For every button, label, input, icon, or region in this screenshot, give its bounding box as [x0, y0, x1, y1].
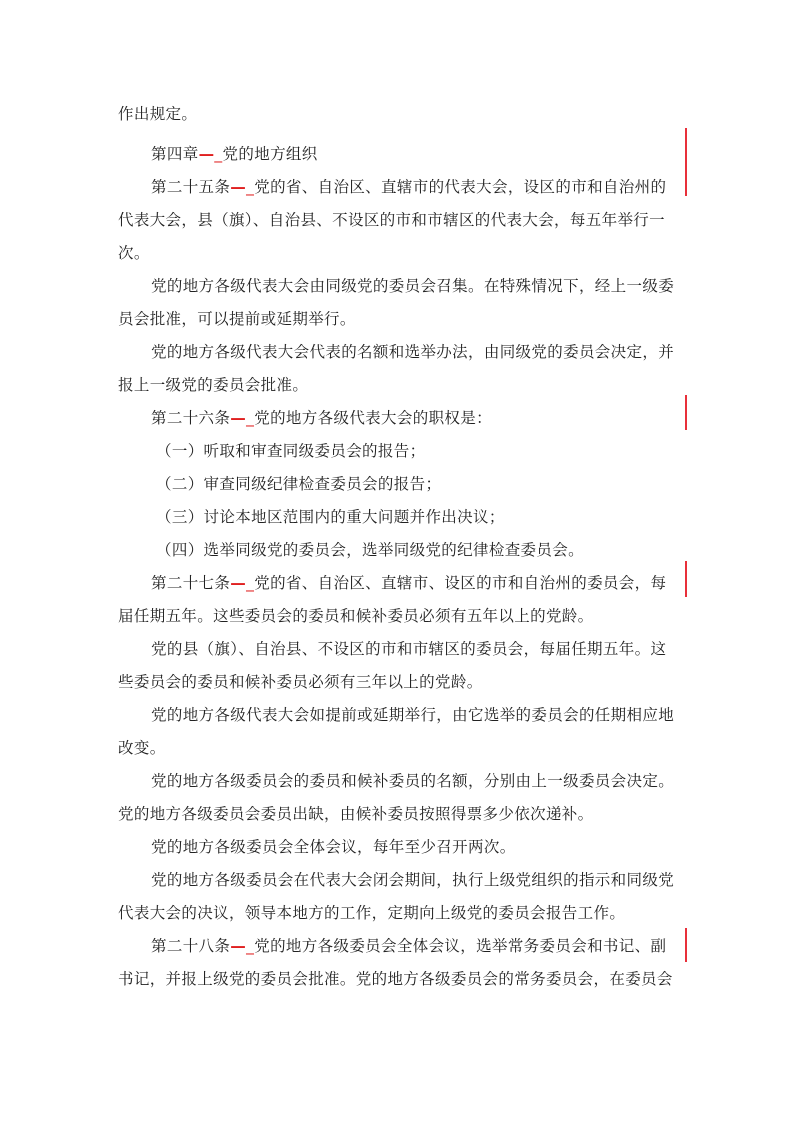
article-number: 第二十八条 [151, 937, 230, 955]
text-line: 报上一级党的委员会批准。 [118, 375, 308, 395]
line-text: 代表大会，县（旗）、自治县、不设区的市和市辖区的代表大会，每五年举行一 [118, 211, 665, 229]
revision-dash-mark: — [230, 574, 246, 592]
text-line: 党的地方各级代表大会如提前或延期举行，由它选举的委员会的任期相应地 [151, 705, 674, 725]
article-heading-line: 第二十八条—_党的地方各级委员会全体会议，选举常务委员会和书记、副 [151, 936, 666, 956]
article-number: 第二十五条 [151, 178, 230, 196]
text-line: 党的地方各级代表大会由同级党的委员会召集。在特殊情况下，经上一级委 [151, 276, 674, 296]
line-text: 书记，并报上级党的委员会批准。党的地方各级委员会的常务委员会，在委员会 [118, 970, 673, 988]
article-number: 第二十七条 [151, 574, 230, 592]
revision-dash-mark: — [230, 409, 246, 427]
line-text: 党的县（旗）、自治县、不设区的市和市辖区的委员会，每届任期五年。这 [151, 640, 666, 658]
revision-dash-mark: — [230, 178, 246, 196]
text-line: 次。 [118, 243, 150, 263]
line-text: 党的地方各级委员会全体会议，选举常务委员会和书记、副 [254, 937, 666, 955]
list-item: （四）选举同级党的委员会，选举同级党的纪律检查委员会。 [156, 540, 584, 560]
list-item-text: （二）审查同级纪律检查委员会的报告； [156, 475, 441, 493]
line-text: 党的省、自治区、直辖市的代表大会，设区的市和自治州的 [254, 178, 666, 196]
text-line: 作出规定。 [118, 104, 197, 124]
revision-change-bar [685, 128, 687, 196]
text-line: 党的地方各级委员会在代表大会闭会期间，执行上级党组织的指示和同级党 [151, 870, 674, 890]
line-text: 党的地方各级委员会全体会议，每年至少召开两次。 [151, 838, 516, 856]
list-item: （三）讨论本地区范围内的重大问题并作出决议； [156, 507, 505, 527]
text-line: 员会批准，可以提前或延期举行。 [118, 309, 356, 329]
text-line: 届任期五年。这些委员会的委员和候补委员必须有五年以上的党龄。 [118, 606, 594, 626]
line-text: 党的地方各级代表大会由同级党的委员会召集。在特殊情况下，经上一级委 [151, 277, 674, 295]
line-text: 党的省、自治区、直辖市、设区的市和自治州的委员会，每 [254, 574, 666, 592]
text-line: 书记，并报上级党的委员会批准。党的地方各级委员会的常务委员会，在委员会 [118, 969, 673, 989]
chapter-number: 第四章 [151, 145, 199, 163]
list-item: （一）听取和审查同级委员会的报告； [156, 441, 425, 461]
text-line: 党的地方各级委员会的委员和候补委员的名额，分别由上一级委员会决定。 [151, 771, 674, 791]
line-text: 员会批准，可以提前或延期举行。 [118, 310, 356, 328]
chapter-title: 党的地方组织 [223, 145, 318, 163]
list-item-text: （一）听取和审查同级委员会的报告； [156, 442, 425, 460]
line-text: 改变。 [118, 739, 166, 757]
text-line: 党的地方各级代表大会代表的名额和选举办法，由同级党的委员会决定，并 [151, 342, 674, 362]
line-text: 党的地方各级委员会在代表大会闭会期间，执行上级党组织的指示和同级党 [151, 871, 674, 889]
list-item-text: （三）讨论本地区范围内的重大问题并作出决议； [156, 508, 505, 526]
revision-underscore-mark: _ [214, 145, 222, 163]
article-heading-line: 第二十六条—_党的地方各级代表大会的职权是： [151, 408, 492, 428]
text-line: 党的地方各级委员会委员出缺，由候补委员按照得票多少依次递补。 [118, 804, 594, 824]
text-line: 些委员会的委员和候补委员必须有三年以上的党龄。 [118, 672, 483, 692]
revision-change-bar [685, 395, 687, 430]
revision-change-bar [685, 928, 687, 962]
revision-dash-mark: — [230, 937, 246, 955]
document-page: 作出规定。 第四章—_党的地方组织 第二十五条—_党的省、自治区、直辖市的代表大… [0, 0, 793, 1121]
text-line: 改变。 [118, 738, 166, 758]
line-text: 些委员会的委员和候补委员必须有三年以上的党龄。 [118, 673, 483, 691]
line-text: 代表大会的决议，领导本地方的工作，定期向上级党的委员会报告工作。 [118, 904, 625, 922]
line-text: 党的地方各级代表大会的职权是： [254, 409, 492, 427]
text-line: 代表大会的决议，领导本地方的工作，定期向上级党的委员会报告工作。 [118, 903, 625, 923]
line-text: 党的地方各级委员会的委员和候补委员的名额，分别由上一级委员会决定。 [151, 772, 674, 790]
article-heading-line: 第二十七条—_党的省、自治区、直辖市、设区的市和自治州的委员会，每 [151, 573, 666, 593]
revision-dash-mark: — [199, 145, 215, 163]
line-text: 届任期五年。这些委员会的委员和候补委员必须有五年以上的党龄。 [118, 607, 594, 625]
article-heading-line: 第二十五条—_党的省、自治区、直辖市的代表大会，设区的市和自治州的 [151, 177, 666, 197]
line-text: 报上一级党的委员会批准。 [118, 376, 308, 394]
line-text: 党的地方各级代表大会代表的名额和选举办法，由同级党的委员会决定，并 [151, 343, 674, 361]
revision-change-bar [685, 561, 687, 597]
line-text: 党的地方各级委员会委员出缺，由候补委员按照得票多少依次递补。 [118, 805, 594, 823]
line-text: 次。 [118, 244, 150, 262]
list-item: （二）审查同级纪律检查委员会的报告； [156, 474, 441, 494]
article-number: 第二十六条 [151, 409, 230, 427]
line-text: 作出规定。 [118, 105, 197, 123]
text-line: 党的地方各级委员会全体会议，每年至少召开两次。 [151, 837, 516, 857]
chapter-heading: 第四章—_党的地方组织 [151, 144, 318, 164]
line-text: 党的地方各级代表大会如提前或延期举行，由它选举的委员会的任期相应地 [151, 706, 674, 724]
list-item-text: （四）选举同级党的委员会，选举同级党的纪律检查委员会。 [156, 541, 584, 559]
text-line: 代表大会，县（旗）、自治县、不设区的市和市辖区的代表大会，每五年举行一 [118, 210, 665, 230]
text-line: 党的县（旗）、自治县、不设区的市和市辖区的委员会，每届任期五年。这 [151, 639, 666, 659]
